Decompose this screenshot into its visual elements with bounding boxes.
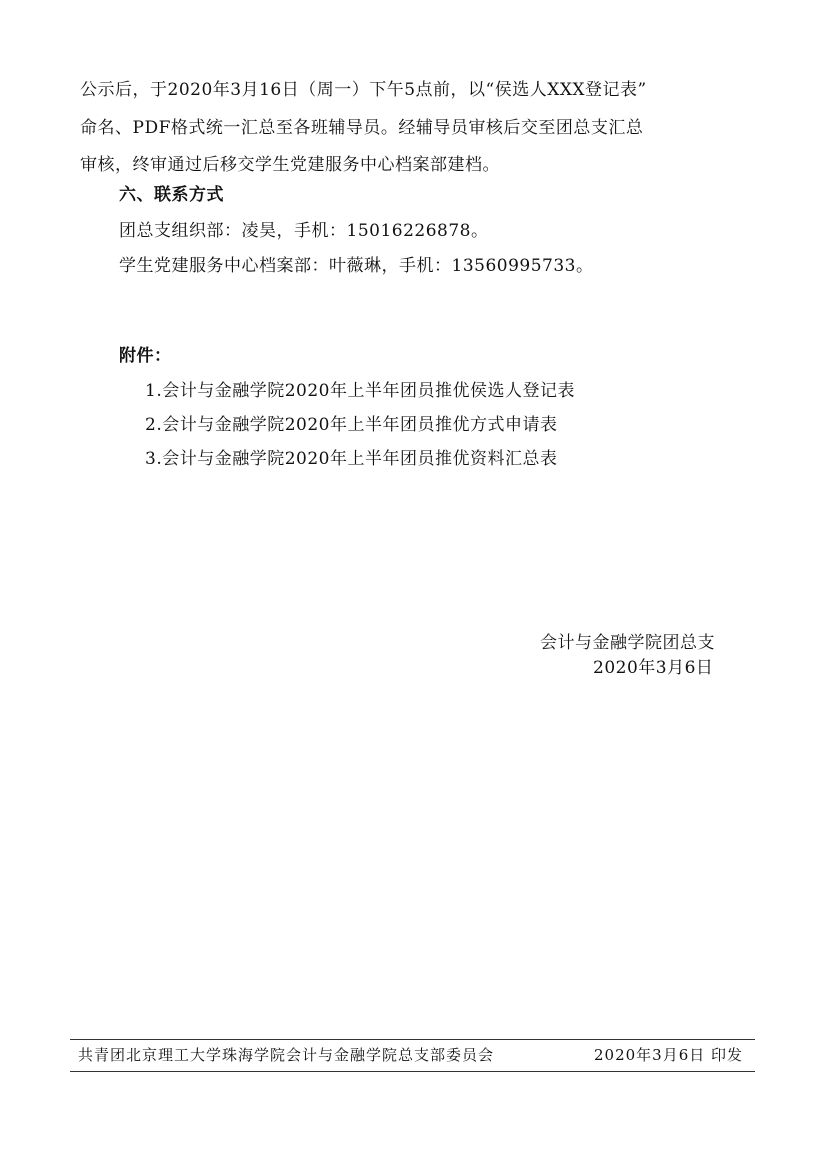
- footer-issue-date: 2020年3月6日 印发: [594, 1045, 743, 1065]
- attachment-item-2: 2.会计与金融学院2020年上半年团员推优方式申请表: [145, 413, 557, 437]
- paragraph-line-3: 审核，终审通过后移交学生党建服务中心档案部建档。: [80, 153, 500, 177]
- attachment-item-3: 3.会计与金融学院2020年上半年团员推优资料汇总表: [145, 447, 557, 471]
- attachments-label: 附件：: [119, 344, 172, 368]
- paragraph-line-1: 公示后，于2020年3月16日（周一）下午5点前，以“侯选人XXX登记表”: [80, 78, 647, 102]
- section-heading: 六、联系方式: [119, 183, 224, 207]
- contact-line-2: 学生党建服务中心档案部：叶薇琳，手机：13560995733。: [119, 254, 593, 278]
- document-page: 公示后，于2020年3月16日（周一）下午5点前，以“侯选人XXX登记表” 命名…: [0, 0, 827, 1169]
- attachment-item-1: 1.会计与金融学院2020年上半年团员推优侯选人登记表: [145, 379, 575, 403]
- contact-line-1: 团总支组织部：凌昊，手机：15016226878。: [119, 219, 488, 243]
- footer-issuer: 共青团北京理工大学珠海学院会计与金融学院总支部委员会: [78, 1045, 494, 1065]
- signature-date: 2020年3月6日: [593, 656, 713, 680]
- footer-bottom-rule: [70, 1071, 755, 1072]
- signature-org: 会计与金融学院团总支: [540, 631, 715, 655]
- paragraph-line-2: 命名、PDF格式统一汇总至各班辅导员。经辅导员审核后交至团总支汇总: [80, 116, 643, 140]
- footer-top-rule: [70, 1039, 755, 1040]
